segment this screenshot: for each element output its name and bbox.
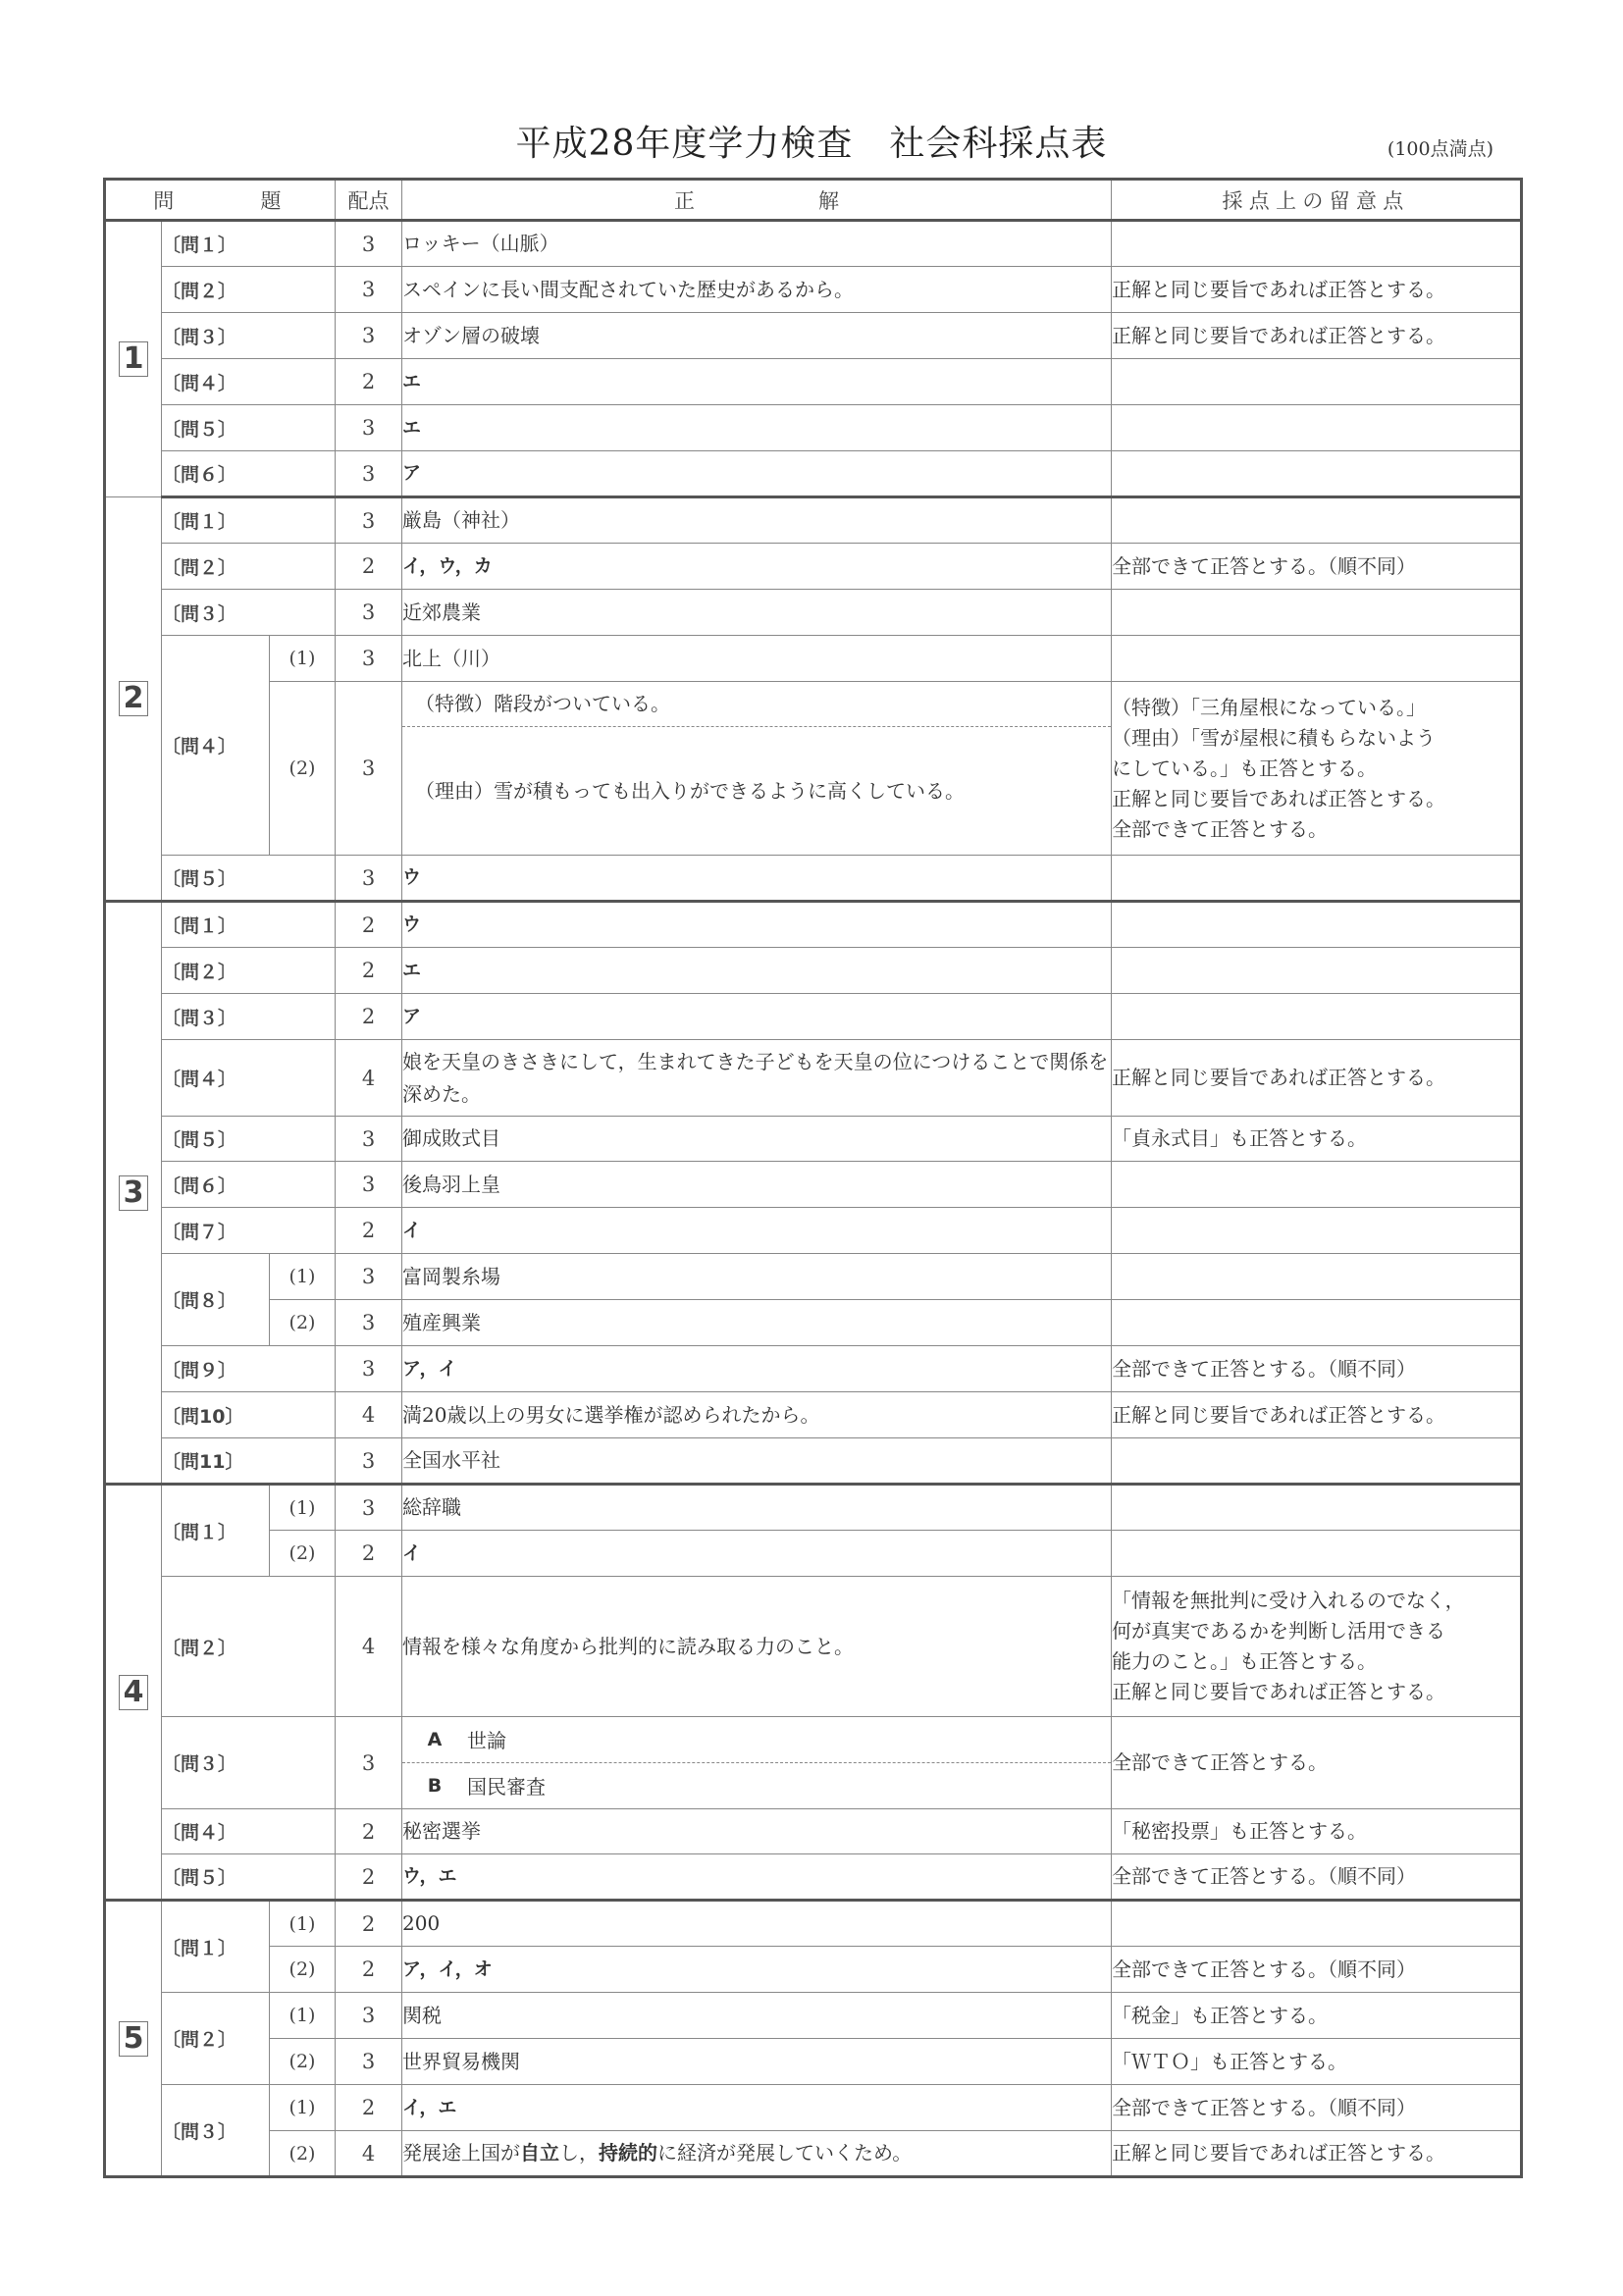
table-row: 〔問４〕 2 エ <box>105 359 1522 405</box>
answer: 娘を天皇のきさきにして，生まれてきた子どもを天皇の位につけることで関係を深めた。 <box>402 1040 1112 1117</box>
points: 2 <box>336 1208 402 1254</box>
answer: ア，イ，オ <box>402 1947 1112 1993</box>
table-row: 〔問２〕 2 エ <box>105 948 1522 994</box>
points: 4 <box>336 1040 402 1117</box>
points: 3 <box>336 1485 402 1531</box>
remark-line: 能力のこと。」も正答とする。 <box>1112 1646 1520 1677</box>
remark: 「情報を無批判に受け入れるのでなく， 何が真実であるかを判断し活用できる 能力の… <box>1112 1577 1522 1717</box>
remark-line: 正解と同じ要旨であれば正答とする。 <box>1112 1677 1520 1707</box>
question-label: 〔問３〕 <box>162 590 336 636</box>
answer: ウ <box>402 856 1112 902</box>
remark <box>1112 451 1522 497</box>
table-row: (2) 2 ア，イ，オ 全部できて正答とする。（順不同） <box>105 1947 1522 1993</box>
points: 3 <box>336 590 402 636</box>
answer: 満20歳以上の男女に選挙権が認められたから。 <box>402 1392 1112 1438</box>
table-row: 〔問３〕 3 A 世論 B 国民審査 全部できて正答とする。 <box>105 1717 1522 1809</box>
table-row: (2) 3 世界貿易機関 「ＷＴＯ」も正答とする。 <box>105 2039 1522 2085</box>
table-row: (2) 2 イ <box>105 1531 1522 1577</box>
answer: ア，イ <box>402 1346 1112 1392</box>
table-row: 〔問４〕 2 秘密選挙 「秘密投票」も正答とする。 <box>105 1809 1522 1854</box>
remark <box>1112 1485 1522 1531</box>
table-row: 4 〔問１〕 (1) 3 総辞職 <box>105 1485 1522 1531</box>
table-row: 〔問６〕 3 後鳥羽上皇 <box>105 1162 1522 1208</box>
remark <box>1112 221 1522 267</box>
remark: 「ＷＴＯ」も正答とする。 <box>1112 2039 1522 2085</box>
table-row: 2 〔問１〕 3 厳島（神社） <box>105 497 1522 544</box>
points: 2 <box>336 994 402 1040</box>
points: 3 <box>336 1254 402 1300</box>
ab-letter: A <box>402 1717 467 1762</box>
remark-line: 何が真実であるかを判断し活用できる <box>1112 1616 1520 1646</box>
remark-line: 全部できて正答とする。 <box>1112 814 1520 845</box>
section-number: 3 <box>105 902 162 1485</box>
remark: 正解と同じ要旨であれば正答とする。 <box>1112 1392 1522 1438</box>
points: 2 <box>336 1809 402 1854</box>
points: 3 <box>336 405 402 451</box>
points: 3 <box>336 1300 402 1346</box>
remark: 全部できて正答とする。（順不同） <box>1112 1346 1522 1392</box>
table-row: 1 〔問１〕 3 ロッキー（山脈） <box>105 221 1522 267</box>
remark: 全部できて正答とする。（順不同） <box>1112 544 1522 590</box>
section-number: 4 <box>105 1485 162 1901</box>
scoring-table: 問 題 配点 正 解 採点上の留意点 1 〔問１〕 3 ロッキー（山脈） 〔問２… <box>103 178 1523 2178</box>
question-label: 〔問１〕 <box>162 1485 270 1577</box>
header-points: 配点 <box>336 180 402 221</box>
question-label: 〔問３〕 <box>162 313 336 359</box>
points: 4 <box>336 1577 402 1717</box>
table-row: 〔問５〕 2 ウ，エ 全部できて正答とする。（順不同） <box>105 1854 1522 1901</box>
remark <box>1112 856 1522 902</box>
sub-question-label: (1) <box>270 1254 336 1300</box>
sub-question-label: (1) <box>270 636 336 682</box>
remark: 「貞永式目」も正答とする。 <box>1112 1117 1522 1162</box>
answer: 全国水平社 <box>402 1438 1112 1485</box>
points: 3 <box>336 636 402 682</box>
answer: ア <box>402 451 1112 497</box>
points: 3 <box>336 313 402 359</box>
table-row: 〔問２〕 4 情報を様々な角度から批判的に読み取る力のこと。 「情報を無批判に受… <box>105 1577 1522 1717</box>
points: 3 <box>336 1717 402 1809</box>
answer-split: （特徴）階段がついている。 （理由）雪が積もっても出入りができるように高くしてい… <box>402 682 1112 856</box>
remark-line: （特徴）「三角屋根になっている。」 <box>1112 693 1520 723</box>
points: 3 <box>336 221 402 267</box>
points: 2 <box>336 544 402 590</box>
answer: スペインに長い間支配されていた歴史があるから。 <box>402 267 1112 313</box>
question-label: 〔問２〕 <box>162 948 336 994</box>
points: 3 <box>336 2039 402 2085</box>
question-label: 〔問２〕 <box>162 544 336 590</box>
sub-question-label: (2) <box>270 1531 336 1577</box>
remark: 正解と同じ要旨であれば正答とする。 <box>1112 2131 1522 2177</box>
points: 3 <box>336 497 402 544</box>
points: 3 <box>336 1346 402 1392</box>
section-number: 2 <box>105 497 162 902</box>
answer: 富岡製糸場 <box>402 1254 1112 1300</box>
answer: ロッキー（山脈） <box>402 221 1112 267</box>
table-row: 〔問８〕 (1) 3 富岡製糸場 <box>105 1254 1522 1300</box>
remark <box>1112 359 1522 405</box>
remark: 正解と同じ要旨であれば正答とする。 <box>1112 1040 1522 1117</box>
points: 4 <box>336 1392 402 1438</box>
sub-question-label: (2) <box>270 2131 336 2177</box>
remark-line: 「情報を無批判に受け入れるのでなく， <box>1112 1586 1520 1616</box>
question-label: 〔問９〕 <box>162 1346 336 1392</box>
sub-question-label: (2) <box>270 682 336 856</box>
question-label: 〔問５〕 <box>162 1117 336 1162</box>
sub-question-label: (2) <box>270 1947 336 1993</box>
points: 3 <box>336 1993 402 2039</box>
question-label: 〔問１〕 <box>162 221 336 267</box>
answer-ab: A 世論 B 国民審査 <box>402 1717 1112 1809</box>
remark-line: （理由）「雪が屋根に積もらないよう <box>1112 723 1520 754</box>
points: 3 <box>336 451 402 497</box>
points: 2 <box>336 1901 402 1947</box>
table-row: 〔問３〕 2 ア <box>105 994 1522 1040</box>
points: 3 <box>336 267 402 313</box>
header-answer: 正 解 <box>402 180 1112 221</box>
table-row: 〔問６〕 3 ア <box>105 451 1522 497</box>
remark: 正解と同じ要旨であれば正答とする。 <box>1112 267 1522 313</box>
remark <box>1112 1300 1522 1346</box>
question-label: 〔問３〕 <box>162 994 336 1040</box>
points: 2 <box>336 1531 402 1577</box>
answer: 近郊農業 <box>402 590 1112 636</box>
table-row: (2) 3 （特徴）階段がついている。 （理由）雪が積もっても出入りができるよう… <box>105 682 1522 856</box>
question-label: 〔問11〕 <box>162 1438 336 1485</box>
ab-letter: B <box>402 1762 467 1808</box>
remark: 「税金」も正答とする。 <box>1112 1993 1522 2039</box>
header-question: 問 題 <box>105 180 336 221</box>
question-label: 〔問２〕 <box>162 267 336 313</box>
table-row: 〔問５〕 3 ウ <box>105 856 1522 902</box>
remark: 全部できて正答とする。（順不同） <box>1112 2085 1522 2131</box>
points: 2 <box>336 948 402 994</box>
sub-question-label: (1) <box>270 2085 336 2131</box>
answer: 北上（川） <box>402 636 1112 682</box>
points: 3 <box>336 856 402 902</box>
points: 3 <box>336 1162 402 1208</box>
points: 2 <box>336 359 402 405</box>
remark <box>1112 1208 1522 1254</box>
answer: 厳島（神社） <box>402 497 1112 544</box>
remark <box>1112 497 1522 544</box>
question-label: 〔問１〕 <box>162 902 336 948</box>
answer-feature: （特徴）階段がついている。 <box>402 682 1111 726</box>
sub-question-label: (2) <box>270 2039 336 2085</box>
answer: 世界貿易機関 <box>402 2039 1112 2085</box>
points: 3 <box>336 682 402 856</box>
remark <box>1112 948 1522 994</box>
question-label: 〔問４〕 <box>162 636 270 856</box>
answer: 発展途上国が自立し，持続的に経済が発展していくため。 <box>402 2131 1112 2177</box>
answer: エ <box>402 359 1112 405</box>
remark-line: にしている。」も正答とする。 <box>1112 754 1520 784</box>
section-number: 5 <box>105 1901 162 2177</box>
sub-question-label: (1) <box>270 1485 336 1531</box>
table-row: 〔問11〕 3 全国水平社 <box>105 1438 1522 1485</box>
remark <box>1112 405 1522 451</box>
table-row: 〔問４〕 4 娘を天皇のきさきにして，生まれてきた子どもを天皇の位につけることで… <box>105 1040 1522 1117</box>
question-label: 〔問２〕 <box>162 1577 336 1717</box>
question-label: 〔問３〕 <box>162 1717 336 1809</box>
table-row: 〔問３〕 3 オゾン層の破壊 正解と同じ要旨であれば正答とする。 <box>105 313 1522 359</box>
question-label: 〔問７〕 <box>162 1208 336 1254</box>
remark-line: 正解と同じ要旨であれば正答とする。 <box>1112 784 1520 814</box>
table-row: (2) 3 殖産興業 <box>105 1300 1522 1346</box>
answer: イ，ウ，カ <box>402 544 1112 590</box>
sub-question-label: (2) <box>270 1300 336 1346</box>
question-label: 〔問４〕 <box>162 359 336 405</box>
answer-reason: （理由）雪が積もっても出入りができるように高くしている。 <box>402 726 1111 855</box>
remark: 全部できて正答とする。（順不同） <box>1112 1854 1522 1901</box>
sub-question-label: (1) <box>270 1993 336 2039</box>
answer: 秘密選挙 <box>402 1809 1112 1854</box>
header-remarks: 採点上の留意点 <box>1112 180 1522 221</box>
answer: エ <box>402 405 1112 451</box>
points: 2 <box>336 1947 402 1993</box>
question-label: 〔問４〕 <box>162 1809 336 1854</box>
answer: ウ <box>402 902 1112 948</box>
question-label: 〔問８〕 <box>162 1254 270 1346</box>
remark <box>1112 1254 1522 1300</box>
full-marks-note: (100点満点) <box>1387 134 1493 161</box>
table-row: 〔問５〕 3 エ <box>105 405 1522 451</box>
sub-question-label: (1) <box>270 1901 336 1947</box>
answer: イ <box>402 1531 1112 1577</box>
question-label: 〔問１〕 <box>162 497 336 544</box>
answer: 200 <box>402 1901 1112 1947</box>
table-row: 5 〔問１〕 (1) 2 200 <box>105 1901 1522 1947</box>
points: 3 <box>336 1117 402 1162</box>
remark <box>1112 1901 1522 1947</box>
remark <box>1112 1531 1522 1577</box>
remark: 「秘密投票」も正答とする。 <box>1112 1809 1522 1854</box>
table-row: 〔問７〕 2 イ <box>105 1208 1522 1254</box>
answer: イ <box>402 1208 1112 1254</box>
answer: ア <box>402 994 1112 1040</box>
table-row: 〔問４〕 (1) 3 北上（川） <box>105 636 1522 682</box>
question-label: 〔問５〕 <box>162 405 336 451</box>
remark: 正解と同じ要旨であれば正答とする。 <box>1112 313 1522 359</box>
remark: 全部できて正答とする。 <box>1112 1717 1522 1809</box>
table-row: 〔問２〕 3 スペインに長い間支配されていた歴史があるから。 正解と同じ要旨であ… <box>105 267 1522 313</box>
question-label: 〔問６〕 <box>162 451 336 497</box>
table-row: 〔問９〕 3 ア，イ 全部できて正答とする。（順不同） <box>105 1346 1522 1392</box>
points: 3 <box>336 1438 402 1485</box>
remark <box>1112 636 1522 682</box>
page-title: 平成28年度学力検査 社会科採点表 <box>0 116 1623 166</box>
points: 4 <box>336 2131 402 2177</box>
answer: 殖産興業 <box>402 1300 1112 1346</box>
question-label: 〔問２〕 <box>162 1993 270 2085</box>
table-row: 〔問10〕 4 満20歳以上の男女に選挙権が認められたから。 正解と同じ要旨であ… <box>105 1392 1522 1438</box>
table-row: 3 〔問１〕 2 ウ <box>105 902 1522 948</box>
answer: 御成敗式目 <box>402 1117 1112 1162</box>
points: 2 <box>336 902 402 948</box>
remark: （特徴）「三角屋根になっている。」 （理由）「雪が屋根に積もらないよう にしてい… <box>1112 682 1522 856</box>
answer: エ <box>402 948 1112 994</box>
answer: 関税 <box>402 1993 1112 2039</box>
question-label: 〔問３〕 <box>162 2085 270 2177</box>
answer: オゾン層の破壊 <box>402 313 1112 359</box>
table-row: 〔問３〕 3 近郊農業 <box>105 590 1522 636</box>
remark <box>1112 1162 1522 1208</box>
question-label: 〔問１〕 <box>162 1901 270 1993</box>
header-row: 問 題 配点 正 解 採点上の留意点 <box>105 180 1522 221</box>
question-label: 〔問５〕 <box>162 1854 336 1901</box>
question-label: 〔問４〕 <box>162 1040 336 1117</box>
answer: ウ，エ <box>402 1854 1112 1901</box>
answer: イ，エ <box>402 2085 1112 2131</box>
remark <box>1112 590 1522 636</box>
question-label: 〔問６〕 <box>162 1162 336 1208</box>
ab-answer: 国民審査 <box>467 1762 1111 1808</box>
table-row: (2) 4 発展途上国が自立し，持続的に経済が発展していくため。 正解と同じ要旨… <box>105 2131 1522 2177</box>
ab-answer: 世論 <box>467 1717 1111 1762</box>
answer: 総辞職 <box>402 1485 1112 1531</box>
question-label: 〔問10〕 <box>162 1392 336 1438</box>
points: 2 <box>336 1854 402 1901</box>
table-row: 〔問３〕 (1) 2 イ，エ 全部できて正答とする。（順不同） <box>105 2085 1522 2131</box>
remark <box>1112 1438 1522 1485</box>
table-row: 〔問２〕 2 イ，ウ，カ 全部できて正答とする。（順不同） <box>105 544 1522 590</box>
section-number: 1 <box>105 221 162 497</box>
answer: 後鳥羽上皇 <box>402 1162 1112 1208</box>
remark <box>1112 902 1522 948</box>
table-row: 〔問５〕 3 御成敗式目 「貞永式目」も正答とする。 <box>105 1117 1522 1162</box>
remark: 全部できて正答とする。（順不同） <box>1112 1947 1522 1993</box>
answer: 情報を様々な角度から批判的に読み取る力のこと。 <box>402 1577 1112 1717</box>
points: 2 <box>336 2085 402 2131</box>
remark <box>1112 994 1522 1040</box>
table-row: 〔問２〕 (1) 3 関税 「税金」も正答とする。 <box>105 1993 1522 2039</box>
question-label: 〔問５〕 <box>162 856 336 902</box>
